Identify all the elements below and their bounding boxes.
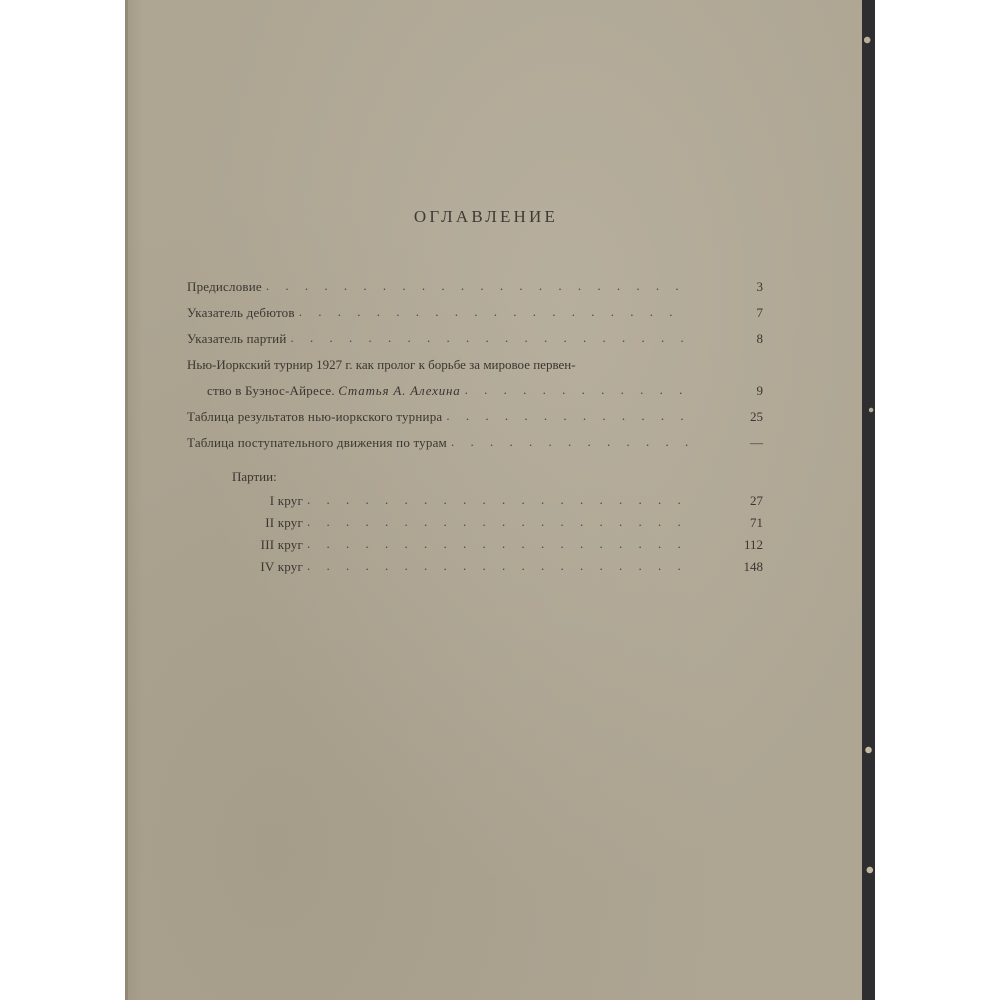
entry-label: Указатель партий bbox=[187, 326, 287, 352]
page-number: 148 bbox=[723, 556, 763, 578]
round-label: IV круг bbox=[187, 556, 303, 578]
leader-dots: . . . . . . . . . . . . . . . . . . . . … bbox=[451, 429, 689, 455]
leader-dots: . . . . . . . . . . . . . . . . . . . . … bbox=[291, 325, 690, 351]
page-number: 27 bbox=[723, 490, 763, 512]
entry-label-line2: ство в Буэнос-Айресе. Статья А. Алехина bbox=[207, 378, 461, 404]
page-number: 25 bbox=[723, 404, 763, 430]
leader-dots: . . . . . . . . . . . . . . . . . . . . … bbox=[299, 299, 689, 325]
page-number: 8 bbox=[723, 326, 763, 352]
entry-label: Предисловие bbox=[187, 274, 262, 300]
round-label: I круг bbox=[187, 490, 303, 512]
entry-label: Таблица результатов нью-иоркского турнир… bbox=[187, 404, 442, 430]
toc-entry-results-table: Таблица результатов нью-иоркского турнир… bbox=[187, 404, 763, 430]
leader-dots: . . . . . . . . . . . . . . . . . . . . … bbox=[446, 403, 689, 429]
leader-dots: . . . . . . . . . . . . . . . . . . . . … bbox=[307, 489, 689, 511]
table-of-contents: Предисловие . . . . . . . . . . . . . . … bbox=[187, 274, 763, 578]
page-number: 71 bbox=[723, 512, 763, 534]
book-page: ОГЛАВЛЕНИЕ Предисловие . . . . . . . . .… bbox=[125, 0, 863, 1000]
round-label: II круг bbox=[187, 512, 303, 534]
book-spine-edge bbox=[862, 0, 875, 1000]
page-edge bbox=[125, 0, 128, 1000]
toc-entry-alekhine-article: Нью-Иоркский турнир 1927 г. как пролог к… bbox=[187, 352, 763, 404]
entry-label-line2-text: ство в Буэнос-Айресе. bbox=[207, 383, 335, 398]
toc-entry-progress-table: Таблица поступательного движения по тура… bbox=[187, 430, 763, 456]
toc-entry-round-1: I круг . . . . . . . . . . . . . . . . .… bbox=[187, 490, 763, 512]
page-number: 3 bbox=[723, 274, 763, 300]
page-number: 9 bbox=[723, 378, 763, 404]
leader-dots: . . . . . . . . . . . . . . . . . . . . … bbox=[307, 533, 689, 555]
entry-label-line1: Нью-Иоркский турнир 1927 г. как пролог к… bbox=[187, 352, 763, 378]
leader-dots: . . . . . . . . . . . . . . . . . . . . … bbox=[307, 555, 689, 577]
toc-entry-openings-index: Указатель дебютов . . . . . . . . . . . … bbox=[187, 300, 763, 326]
leader-dots: . . . . . . . . . . . . . . . . . . . . … bbox=[307, 511, 689, 533]
toc-title: ОГЛАВЛЕНИЕ bbox=[125, 207, 855, 227]
toc-entry-round-2: II круг . . . . . . . . . . . . . . . . … bbox=[187, 512, 763, 534]
entry-author-italic: Статья А. Алехина bbox=[338, 383, 460, 398]
toc-entry-round-4: IV круг . . . . . . . . . . . . . . . . … bbox=[187, 556, 763, 578]
photo-scene: ОГЛАВЛЕНИЕ Предисловие . . . . . . . . .… bbox=[0, 0, 1000, 1000]
toc-entry-preface: Предисловие . . . . . . . . . . . . . . … bbox=[187, 274, 763, 300]
toc-entry-round-3: III круг . . . . . . . . . . . . . . . .… bbox=[187, 534, 763, 556]
entry-label: Таблица поступательного движения по тура… bbox=[187, 430, 447, 456]
entry-label: Указатель дебютов bbox=[187, 300, 295, 326]
toc-entry-games-index: Указатель партий . . . . . . . . . . . .… bbox=[187, 326, 763, 352]
page-number: 7 bbox=[723, 300, 763, 326]
page-number: 112 bbox=[723, 534, 763, 556]
page-number: — bbox=[723, 430, 763, 456]
round-label: III круг bbox=[187, 534, 303, 556]
leader-dots: . . . . . . . . . . . . . . . . . . . . … bbox=[465, 377, 689, 403]
leader-dots: . . . . . . . . . . . . . . . . . . . . … bbox=[266, 273, 689, 299]
games-section-label: Партии: bbox=[187, 464, 763, 490]
